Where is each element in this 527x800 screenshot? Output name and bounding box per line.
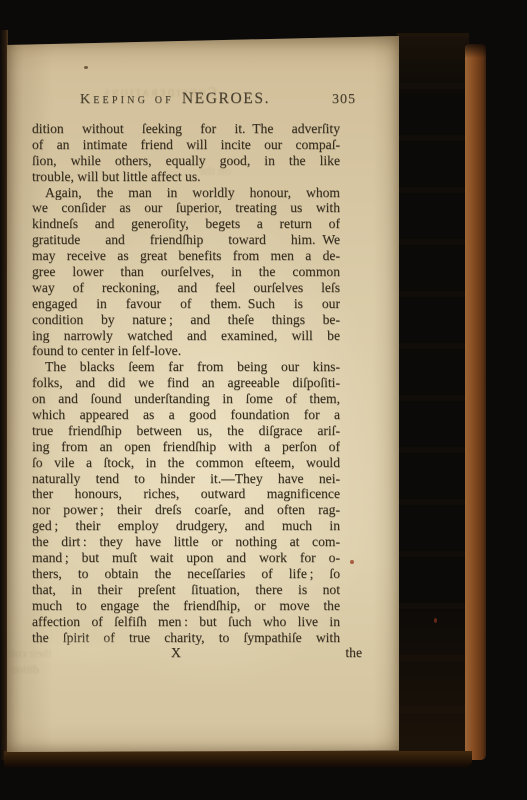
book-cover-edge [465, 44, 486, 760]
signature-line: X the [32, 645, 340, 661]
text-line: nor power ; their dreſs coarſe, and ofte… [32, 502, 340, 518]
text-line: kindneſs and generoſity, begets a return… [32, 216, 340, 232]
text-line: the dirt : they have little or nothing a… [32, 534, 340, 550]
text-line: that, in their preſent ſituation, there … [32, 582, 340, 598]
running-header-title-caps: NEGROES. [182, 90, 270, 107]
book-page: Considerations on the their con dition K… [7, 36, 399, 752]
text-line: dition without ſeeking for it. The adver… [32, 121, 340, 137]
book-bottom-shadow [4, 751, 472, 767]
text-line: engaged in favour of them. Such is our [32, 296, 340, 312]
rust-speck [434, 618, 437, 623]
ink-speck [84, 66, 88, 69]
catchword: the [345, 645, 362, 661]
text-line: condition by nature ; and theſe things b… [32, 312, 340, 328]
text-line: ſo vile a ſtock, in the common eſteem, w… [32, 455, 340, 471]
running-header-title-small: Keeping of [80, 92, 174, 107]
text-line: thers, to obtain the neceſſaries of life… [32, 566, 340, 582]
rust-speck [350, 560, 354, 564]
text-line: ſion, while others, equally good, in the… [32, 153, 340, 169]
text-line: of an intimate friend will incite our co… [32, 137, 340, 153]
text-line: ther honours, riches, outward magnificen… [32, 486, 340, 502]
signature-mark: X [171, 645, 182, 661]
text-line: affection of ſelfiſh men : but ſuch who … [32, 614, 340, 630]
text-line: naturally tend to hinder it.—They have n… [32, 471, 340, 487]
text-line: found to center in ſelf-love. [32, 343, 340, 359]
book-binding-left-edge [0, 30, 8, 760]
text-line: gratitude and friendſhip toward him. We [32, 232, 340, 248]
text-line: we conſider as our ſuperior, treating us… [32, 200, 340, 216]
text-line: gree lower than ourſelves, in the common [32, 264, 340, 280]
text-line: ing from an open friendſhip with a perſo… [32, 439, 340, 455]
text-line: way of reckoning, and feel ourſelves leſ… [32, 280, 340, 296]
photo-background: Considerations on the their con dition K… [0, 0, 527, 800]
text-line: much to engage the friendſhip, or move t… [32, 598, 340, 614]
running-header: Keeping of NEGROES. 305 [32, 90, 340, 107]
text-line: mand ; but muſt wait upon and work for o… [32, 550, 340, 566]
text-line: the ſpirit of true charity, to ſympathiſ… [32, 630, 340, 646]
book-fore-edge-pages [397, 33, 469, 759]
text-line: which appeared as a good foundation for … [32, 407, 340, 423]
text-line: on and ſound underſtanding in ſome of th… [32, 391, 340, 407]
text-line: ged ; their employ drudgery, and much in [32, 518, 340, 534]
text-line: trouble, will but little affect us. [32, 169, 340, 185]
text-line: The blacks ſeem far from being our kins- [32, 359, 340, 375]
text-column: Keeping of NEGROES. 305 dition without ſ… [32, 36, 340, 752]
text-line: may receive as great benefits from men a… [32, 248, 340, 264]
text-line: true friendſhip between us, the diſgrace… [32, 423, 340, 439]
page-number: 305 [332, 92, 356, 108]
text-line: ing narrowly watched and examined, will … [32, 328, 340, 344]
text-line: Again, the man in worldly honour, whom [32, 185, 340, 201]
text-line: folks, and did we find an agreeable diſp… [32, 375, 340, 391]
page-body: dition without ſeeking for it. The adver… [32, 121, 340, 645]
